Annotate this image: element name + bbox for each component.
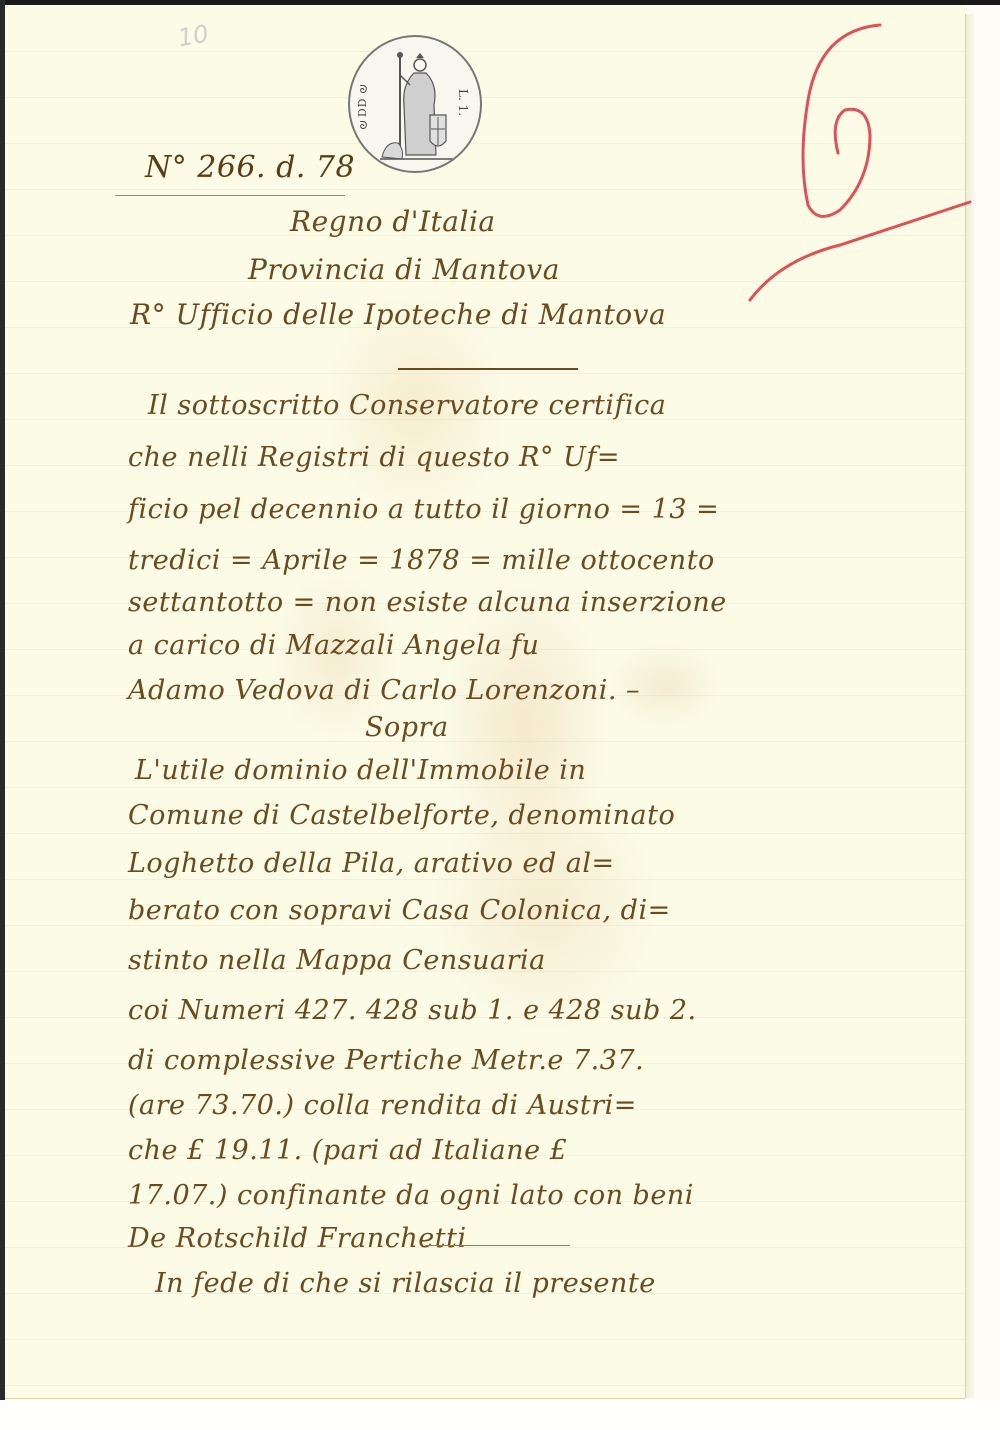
body-line-9: L'utile dominio dell'Immobile in [135,755,586,786]
revenue-stamp: ᘓDD ᘓ L. 1. [348,35,482,173]
body-line-6: a carico di Mazzali Angela fu [128,630,539,661]
scan-frame-top [0,0,1000,5]
body-line-7: Adamo Vedova di Carlo Lorenzoni. – [128,675,640,706]
body-line-20: In fede di che si rilascia il presente [155,1268,656,1299]
scan-background [0,1400,1000,1430]
body-line-17: che £ 19.11. (pari ad Italiane £ [128,1135,567,1166]
body-line-4: tredici = Aprile = 1878 = mille ottocent… [128,545,715,576]
red-pencil-mark-icon [730,10,980,310]
closing-line-rule [425,1245,570,1246]
protocol-underline [115,195,345,196]
allegorical-figure-icon [380,45,454,167]
stamp-left-inscription: ᘓDD ᘓ [356,81,369,129]
body-line-13: stinto nella Mappa Censuaria [128,945,546,976]
body-line-10: Comune di Castelbelforte, denominato [128,800,675,831]
body-line-15: di complessive Pertiche Metr.e 7.37. [128,1045,644,1076]
body-line-16: (are 73.70.) colla rendita di Austri= [128,1090,637,1121]
body-line-12: berato con sopravi Casa Colonica, di= [128,895,671,926]
header-kingdom: Regno d'Italia [290,205,496,238]
header-province: Provincia di Mantova [248,253,560,286]
body-line-19: De Rotschild Franchetti [128,1223,467,1254]
body-line-11: Loghetto della Pila, arativo ed al= [128,848,615,879]
body-line-8-sopra: Sopra [365,712,449,743]
body-line-14: coi Numeri 427. 428 sub 1. e 428 sub 2. [128,995,697,1026]
body-line-1: Il sottoscritto Conservatore certifica [148,390,666,421]
body-line-2: che nelli Registri di questo R° Uf= [128,442,620,473]
pencil-page-number: 10 [176,20,211,53]
header-divider [398,368,578,370]
stamp-value: L. 1. [456,89,470,116]
body-line-18: 17.07.) confinante da ogni lato con beni [128,1180,694,1211]
body-line-5: settantotto = non esiste alcuna inserzio… [128,587,727,618]
protocol-number: N° 266. d. 78 [145,150,355,185]
header-office: R° Ufficio delle Ipoteche di Mantova [130,298,666,331]
body-line-3: ficio pel decennio a tutto il giorno = 1… [128,494,719,525]
